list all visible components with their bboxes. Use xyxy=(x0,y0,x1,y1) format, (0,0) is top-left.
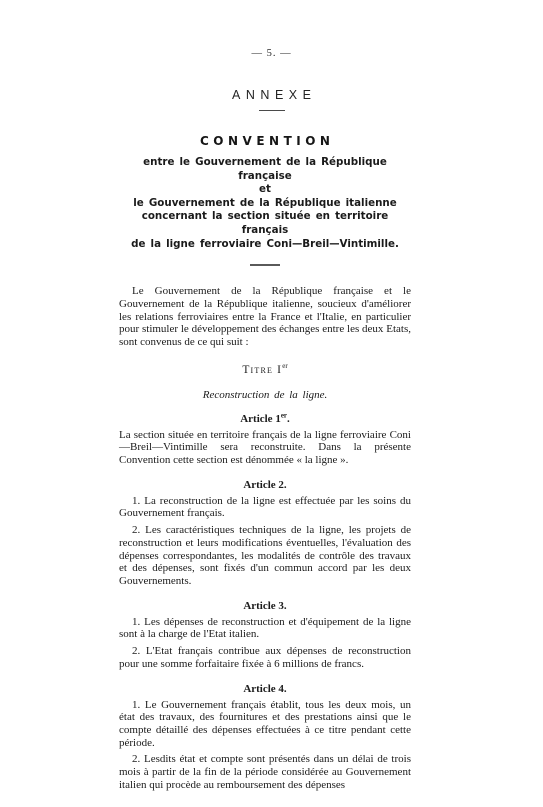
article-4: Article 4. 1. Le Gouvernement français é… xyxy=(119,683,411,792)
article-1: Article 1er. La section située en territ… xyxy=(119,413,411,467)
article-1-heading: Article 1er. xyxy=(119,413,411,425)
title-divider xyxy=(250,264,280,266)
document-page: — 5. — ANNEXE CONVENTION entre le Gouver… xyxy=(0,0,543,807)
article-2-paragraph-1: 1. La reconstruction de la ligne est eff… xyxy=(119,495,411,520)
article-4-label: Article 4. xyxy=(243,683,286,695)
annexe-divider xyxy=(259,110,285,111)
article-2-heading: Article 2. xyxy=(119,479,411,491)
annexe-heading: ANNEXE xyxy=(0,88,543,102)
titre-1-subtitle: Reconstruction de la ligne. xyxy=(119,389,411,401)
page-number: — 5. — xyxy=(0,0,543,59)
article-4-paragraph-2: 2. Lesdits état et compte sont présentés… xyxy=(119,753,411,791)
article-1-heading-period: . xyxy=(287,413,290,425)
text-column: CONVENTION entre le Gouvernement de la R… xyxy=(119,134,411,791)
subtitle-line-5: de la ligne ferroviaire Coni—Breil—Vinti… xyxy=(119,238,411,252)
titre-1-superscript: er xyxy=(282,362,287,370)
article-4-paragraph-1: 1. Le Gouvernement français établit, tou… xyxy=(119,699,411,750)
article-3-heading: Article 3. xyxy=(119,600,411,612)
article-2: Article 2. 1. La reconstruction de la li… xyxy=(119,479,411,588)
article-2-label: Article 2. xyxy=(243,479,286,491)
article-3-paragraph-1: 1. Les dépenses de reconstruction et d'é… xyxy=(119,616,411,641)
convention-title: CONVENTION xyxy=(119,134,411,148)
article-3: Article 3. 1. Les dépenses de reconstruc… xyxy=(119,600,411,671)
subtitle-line-3: le Gouvernement de la République italien… xyxy=(119,197,411,211)
subtitle-line-2: et xyxy=(119,183,411,197)
article-3-label: Article 3. xyxy=(243,600,286,612)
article-1-label: Article 1 xyxy=(240,413,281,425)
convention-subtitle: entre le Gouvernement de la République f… xyxy=(119,156,411,251)
titre-1-label: Titre I xyxy=(242,364,282,376)
article-2-paragraph-2: 2. Les caractéristiques techniques de la… xyxy=(119,524,411,588)
subtitle-line-1: entre le Gouvernement de la République f… xyxy=(119,156,411,183)
article-1-paragraph-1: La section située en territoire français… xyxy=(119,429,411,467)
article-4-heading: Article 4. xyxy=(119,683,411,695)
article-3-paragraph-2: 2. L'Etat français contribue aux dépense… xyxy=(119,645,411,670)
preamble-paragraph: Le Gouvernement de la République françai… xyxy=(119,285,411,349)
titre-1-heading: Titre Ier xyxy=(119,364,411,376)
subtitle-line-4: concernant la section située en territoi… xyxy=(119,210,411,237)
